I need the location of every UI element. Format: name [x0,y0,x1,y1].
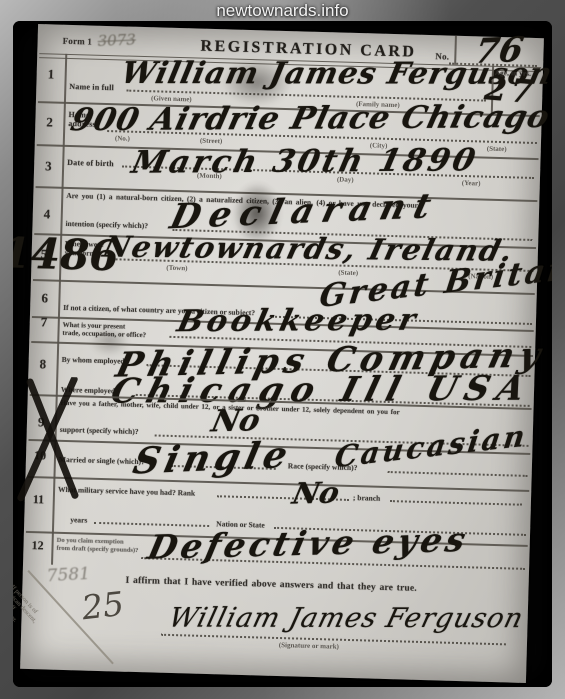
year-sublabel: (Year) [462,179,481,188]
pencil-number: 25 [80,584,126,627]
signature: William James Ferguson [166,603,527,635]
row-number: 2 [46,114,53,130]
photo-mat: Form 1 3073 REGISTRATION CARD No. 76 1 N… [13,21,552,687]
dob-value: March 30th 1890 [128,142,481,180]
row-number: 4 [44,206,51,222]
registration-card: Form 1 3073 REGISTRATION CARD No. 76 1 N… [20,24,544,683]
trade-value: Bookkeeper [174,303,423,340]
framed-scan: newtownards.info Form 1 3073 REGISTRATIO… [0,0,565,699]
dependents-value: No [208,403,263,439]
dotted-line [388,471,528,477]
signature-sublabel: (Signature or mark) [279,641,339,651]
row-number: 12 [31,538,43,553]
row-number: 6 [41,290,48,306]
row-number: 8 [39,356,46,372]
state-sublabel: (State) [487,145,507,154]
branch-label: ; branch [353,493,381,503]
years-label: years [70,515,87,524]
address-value: 900 Airdrie Place Chicago Ill [67,99,552,139]
exemption-value: Defective eyes [144,520,473,567]
dotted-line [390,500,522,506]
stamp-number: 7581 [46,564,90,587]
pencil-scribble: 3073 [97,30,136,50]
race-value: Caucasian [333,418,530,474]
affirmation-text: I affirm that I have verified above answ… [125,576,417,595]
born-value: Newtownards, Ireland. [100,230,518,268]
ink-smudge [221,57,292,107]
x-mark [13,376,94,504]
corner-note: If person is of African descent, tear of… [13,584,43,635]
name-label: Name in full [69,82,114,92]
row-number: 3 [45,158,52,174]
site-watermark: newtownards.info [0,1,565,21]
town-sublabel: (Town) [166,264,187,273]
row-number: 7 [41,314,48,330]
marital-value: Single [129,434,296,483]
margin-serial-number: 1486 [13,228,152,281]
form-label: Form 1 [62,36,92,47]
military-value: No [289,475,342,510]
row-number: 1 [47,66,54,82]
exemption-label-2: from draft (specify grounds)? [56,545,138,555]
citizen-question-2: intention (specify which)? [65,219,148,230]
dob-label: Date of birth [67,158,114,168]
